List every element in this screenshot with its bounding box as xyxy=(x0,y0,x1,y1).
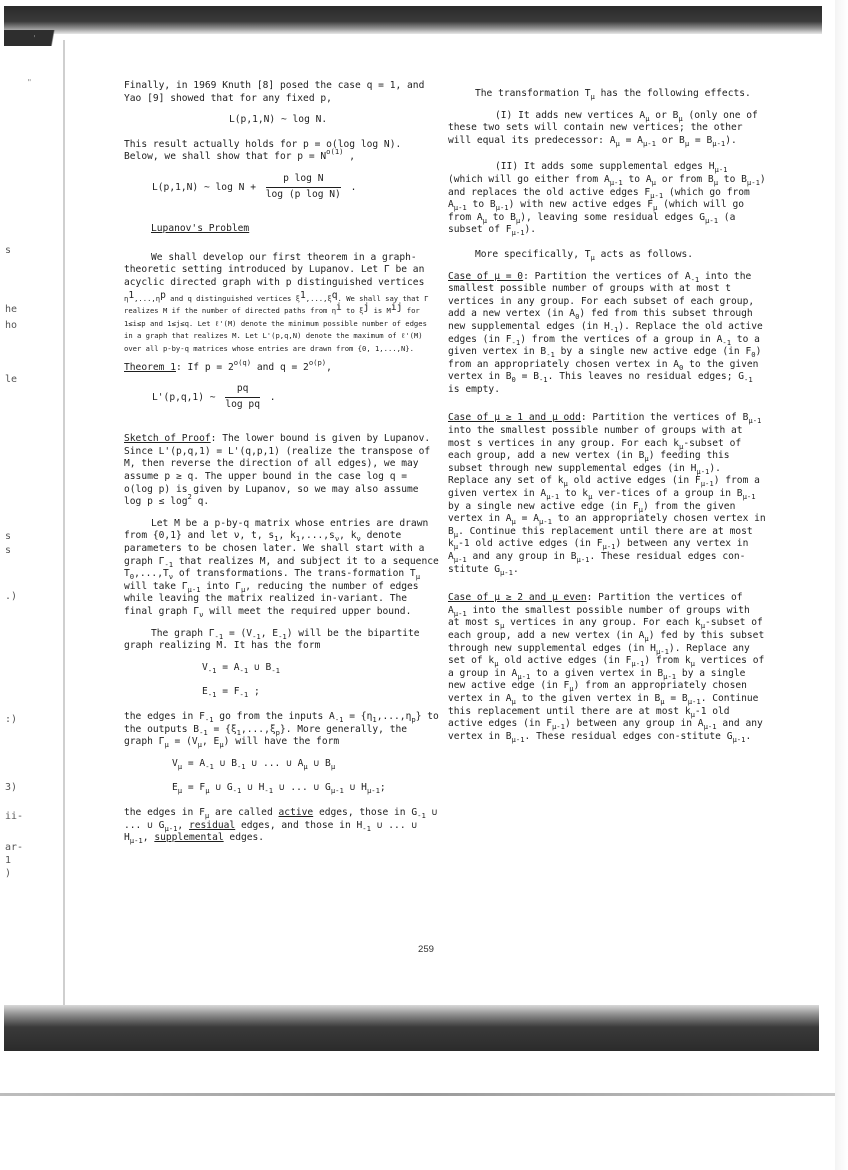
sketch-of-proof: Sketch of Proof: The lower bound is give… xyxy=(124,433,439,509)
fraction: p log Nlog (p log N) xyxy=(266,173,341,201)
equation-5: E-1 = F-1 ; xyxy=(124,686,439,699)
margin-fragment: 1 xyxy=(5,856,11,866)
item-I: (I) It adds new vertices Aμ or Bμ (only … xyxy=(448,110,766,148)
paragraph-lupanov-setting: We shall develop our first theorem in a … xyxy=(124,252,439,353)
scan-speck: ' xyxy=(32,34,37,43)
case-mu-odd: Case of μ ≥ 1 and μ odd: Partition the v… xyxy=(448,412,766,576)
page-number: 259 xyxy=(418,944,434,955)
section-heading: Lupanov's Problem xyxy=(151,223,439,236)
margin-fragment: s xyxy=(5,246,11,256)
scan-bottom-shadow xyxy=(4,1005,819,1051)
scan-top-shadow xyxy=(4,6,822,34)
paragraph-parameters: Let M be a p-by-q matrix whose entries a… xyxy=(124,518,439,619)
equation-7: Eμ = Fμ ∪ G-1 ∪ H-1 ∪ ... ∪ Gμ-1 ∪ Hμ-1; xyxy=(124,782,439,795)
scan-right-edge xyxy=(835,0,848,1170)
equation-6: Vμ = A-1 ∪ B-1 ∪ ... ∪ Aμ ∪ Bμ xyxy=(124,758,439,771)
equation-1: L(p,1,N) ~ log N. xyxy=(124,114,439,127)
paragraph-edge-types: the edges in Fμ are called active edges,… xyxy=(124,807,439,845)
paragraph-more-specifically: More specifically, Tμ acts as follows. xyxy=(448,249,766,262)
scan-speck: " xyxy=(27,78,32,87)
paragraph-bipartite: The graph Γ-1 = (V-1, E-1) will be the b… xyxy=(124,628,439,653)
margin-fragment: le xyxy=(5,375,17,385)
paragraph-transformation: The transformation Tμ has the following … xyxy=(448,88,766,101)
scan-top-notch xyxy=(4,30,72,46)
margin-fragment: he xyxy=(5,305,17,315)
case-mu-zero: Case of μ = 0: Partition the vertices of… xyxy=(448,271,766,397)
left-column: Finally, in 1969 Knuth [8] posed the cas… xyxy=(124,80,439,854)
margin-fragment: .) xyxy=(5,592,17,602)
margin-fragment: ho xyxy=(5,321,17,331)
margin-fragment: ii- xyxy=(5,812,23,822)
page-gutter-line xyxy=(63,40,65,1045)
scan-bottom-fold xyxy=(0,1093,835,1096)
margin-fragment: ) xyxy=(5,869,11,879)
result-paragraph: This result actually holds for p = o(log… xyxy=(124,139,439,164)
term-residual: residual xyxy=(189,820,235,831)
item-II: (II) It adds some supplemental edges Hμ-… xyxy=(448,161,766,237)
margin-fragment: 3) xyxy=(5,783,17,793)
paragraph-edges: the edges in F-1 go from the inputs A-1 … xyxy=(124,711,439,749)
intro-paragraph: Finally, in 1969 Knuth [8] posed the cas… xyxy=(124,80,439,105)
equation-2: L(p,1,N) ~ log N + p log Nlog (p log N) … xyxy=(124,173,439,201)
term-supplemental: supplemental xyxy=(154,832,223,843)
margin-fragment: ar- xyxy=(5,843,23,853)
case-mu-even: Case of μ ≥ 2 and μ even: Partition the … xyxy=(448,592,766,743)
theorem-1: Theorem 1: If p = 2o(q) and q = 2o(p), xyxy=(124,362,439,375)
margin-fragment: s xyxy=(5,532,11,542)
equation-4: V-1 = A-1 ∪ B-1 xyxy=(124,662,439,675)
equation-3: L'(p,q,1) ~ pqlog pq . xyxy=(124,383,439,411)
margin-fragment: :) xyxy=(5,715,17,725)
fraction: pqlog pq xyxy=(225,383,260,411)
right-column: The transformation Tμ has the following … xyxy=(448,88,766,752)
margin-fragment: s xyxy=(5,546,11,556)
term-active: active xyxy=(279,807,314,818)
